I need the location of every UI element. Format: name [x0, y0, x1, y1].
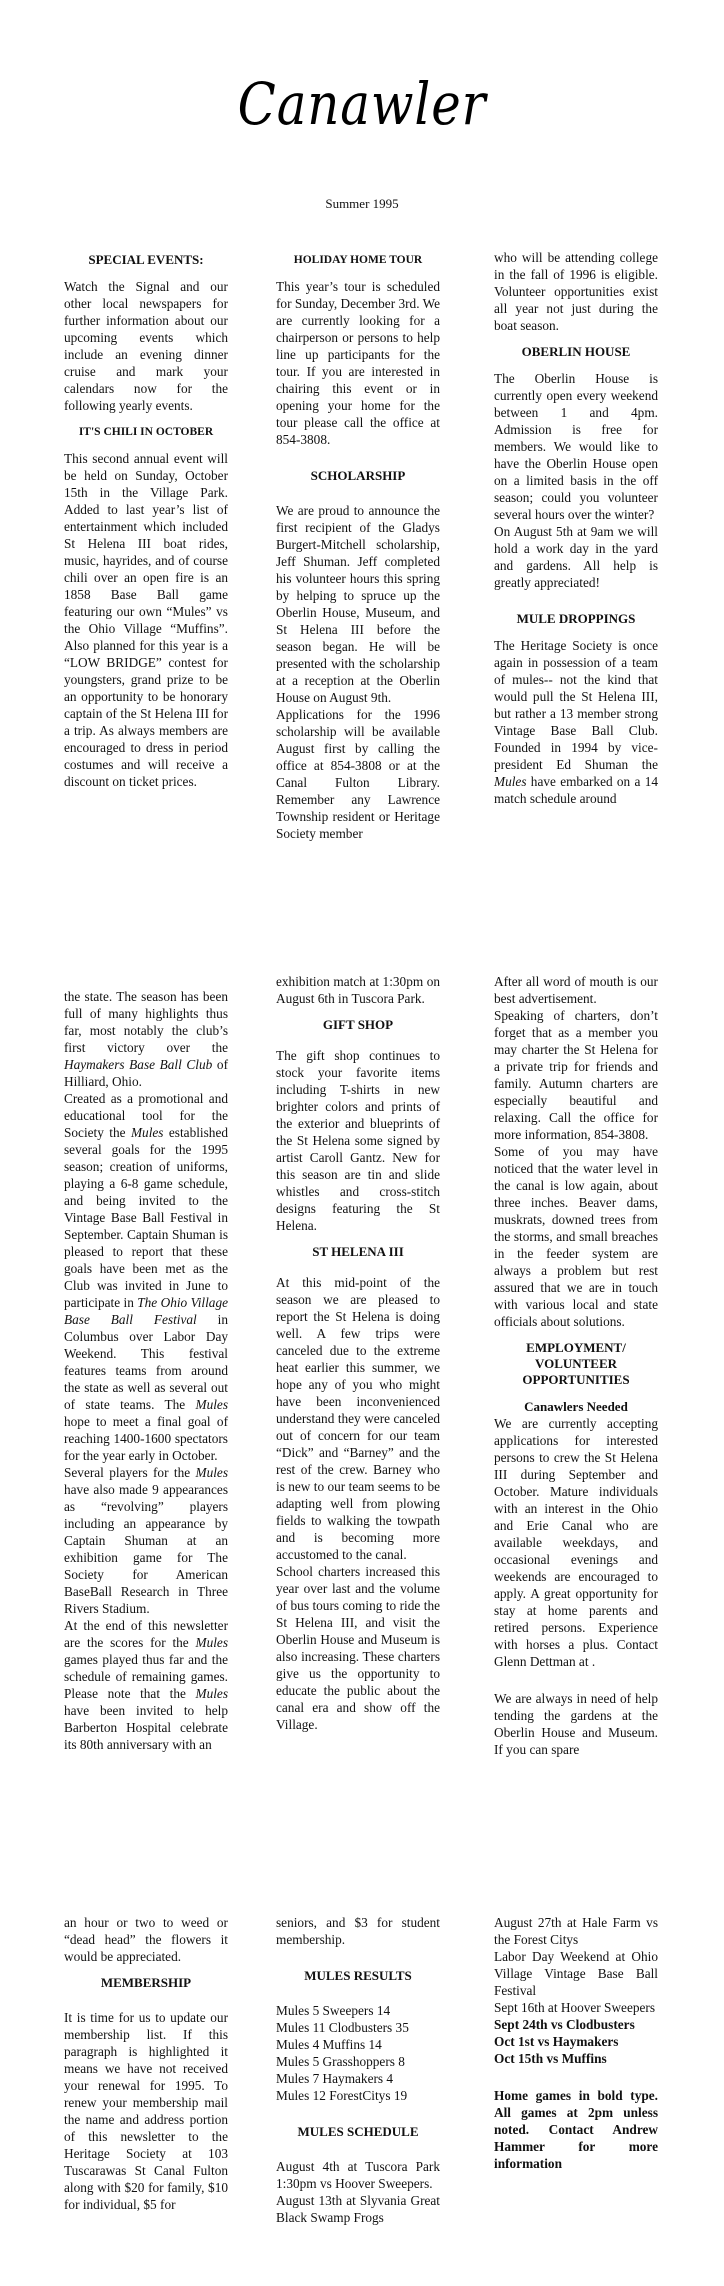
membership-heading: MEMBERSHIP [64, 1975, 228, 1991]
employment-body-1: We are currently accepting applications … [494, 1415, 658, 1670]
scholarship-body-3: who will be attending college in the fal… [494, 249, 658, 334]
results-heading: MULES RESULTS [276, 1968, 440, 1984]
employment-body-2: We are always in need of help tending th… [494, 1690, 658, 1758]
chili-heading: IT'S CHILI IN OCTOBER [64, 424, 228, 440]
scholarship-body-2: Applications for the 1996 scholarship wi… [276, 706, 440, 842]
st-helena-heading: ST HELENA III [276, 1244, 440, 1260]
result-item: Mules 5 Grasshoppers 8 [276, 2053, 440, 2070]
result-item: Mules 12 ForestCitys 19 [276, 2087, 440, 2104]
schedule-item: August 4th at Tuscora Park 1:30pm vs Hoo… [276, 2158, 440, 2192]
results-list: Mules 5 Sweepers 14 Mules 11 Clodbusters… [276, 2002, 440, 2104]
mule-droppings-body: The Heritage Society is once again in po… [494, 637, 658, 807]
page2-column-2: exhibition match at 1:30pm on August 6th… [276, 973, 440, 1733]
st-helena-body-3: After all word of mouth is our best adve… [494, 973, 658, 1007]
result-item: Mules 7 Haymakers 4 [276, 2070, 440, 2087]
st-helena-body-5: Some of you may have noticed that the wa… [494, 1143, 658, 1330]
home-game-item: Sept 24th vs Clodbusters [494, 2016, 658, 2033]
canawlers-needed-subheading: Canawlers Needed [494, 1398, 658, 1415]
home-game-item: Oct 1st vs Haymakers [494, 2033, 658, 2050]
mules-cont-p3: Several players for the Mules have also … [64, 1464, 228, 1617]
page2-column-1: the state. The season has been full of m… [64, 988, 228, 1753]
page3-column-3: August 27th at Hale Farm vs the Forest C… [494, 1914, 658, 2172]
oberlin-house-body-2: On August 5th at 9am we will hold a work… [494, 523, 658, 591]
st-helena-body-4: Speaking of charters, don’t forget that … [494, 1007, 658, 1143]
special-events-body: Watch the Signal and our other local new… [64, 278, 228, 414]
page1-column-3: who will be attending college in the fal… [494, 249, 658, 807]
newsletter-title: Canawler [51, 70, 674, 138]
schedule-note: Home games in bold type. All games at 2p… [494, 2087, 658, 2172]
result-item: Mules 4 Muffins 14 [276, 2036, 440, 2053]
st-helena-body-1: At this mid-point of the season we are p… [276, 1274, 440, 1563]
page1-column-1: SPECIAL EVENTS: Watch the Signal and our… [64, 252, 228, 790]
oberlin-house-heading: OBERLIN HOUSE [494, 344, 658, 360]
schedule-item: August 27th at Hale Farm vs the Forest C… [494, 1914, 658, 1948]
membership-body: It is time for us to update our membersh… [64, 2009, 228, 2213]
page3-column-1: an hour or two to weed or “dead head” th… [64, 1914, 228, 2213]
issue-date: Summer 1995 [0, 196, 724, 212]
page3-column-2: seniors, and $3 for student membership. … [276, 1914, 440, 2226]
st-helena-body-2: School charters increased this year over… [276, 1563, 440, 1733]
membership-body-cont: seniors, and $3 for student membership. [276, 1914, 440, 1948]
holiday-tour-body: This year’s tour is scheduled for Sunday… [276, 278, 440, 448]
schedule-heading: MULES SCHEDULE [276, 2124, 440, 2140]
gift-shop-heading: GIFT SHOP [276, 1017, 440, 1033]
schedule-item: Sept 16th at Hoover Sweepers [494, 1999, 658, 2016]
page2-column-3: After all word of mouth is our best adve… [494, 973, 658, 1758]
special-events-heading: SPECIAL EVENTS: [64, 252, 228, 268]
scholarship-body-1: We are proud to announce the first recip… [276, 502, 440, 706]
oberlin-house-body-1: The Oberlin House is currently open ever… [494, 370, 658, 523]
schedule-item: Labor Day Weekend at Ohio Village Vintag… [494, 1948, 658, 1999]
gardens-cont: an hour or two to weed or “dead head” th… [64, 1914, 228, 1965]
mules-cont-p2: Created as a promotional and educational… [64, 1090, 228, 1464]
mules-cont-p5: exhibition match at 1:30pm on August 6th… [276, 973, 440, 1007]
mules-cont-p4: At the end of this newsletter are the sc… [64, 1617, 228, 1753]
home-game-item: Oct 15th vs Muffins [494, 2050, 658, 2067]
schedule-item: August 13th at Slyvania Great Black Swam… [276, 2192, 440, 2226]
holiday-tour-heading: HOLIDAY HOME TOUR [276, 252, 440, 268]
gift-shop-body: The gift shop continues to stock your fa… [276, 1047, 440, 1234]
result-item: Mules 5 Sweepers 14 [276, 2002, 440, 2019]
page1-column-2: HOLIDAY HOME TOUR This year’s tour is sc… [276, 252, 440, 842]
scholarship-heading: SCHOLARSHIP [276, 468, 440, 484]
mule-droppings-heading: MULE DROPPINGS [494, 611, 658, 627]
chili-body: This second annual event will be held on… [64, 450, 228, 790]
employment-heading: EMPLOYMENT/ VOLUNTEER OPPORTUNITIES [494, 1340, 658, 1388]
result-item: Mules 11 Clodbusters 35 [276, 2019, 440, 2036]
mules-cont-p1: the state. The season has been full of m… [64, 988, 228, 1090]
